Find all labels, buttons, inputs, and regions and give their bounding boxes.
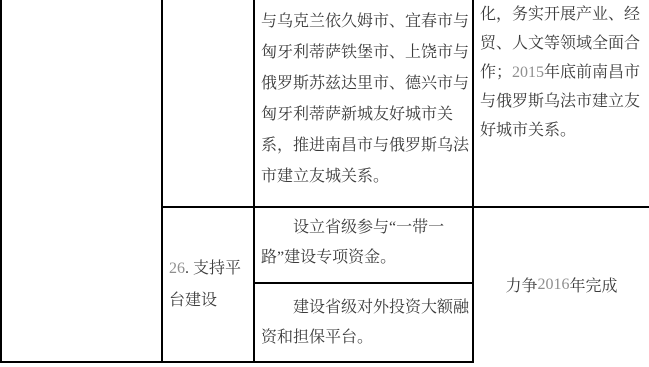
item-cell-support-platform: 26. 支持平台建设 <box>169 208 255 361</box>
target-cell-platform-deadline: 力争2016年完成 <box>474 208 649 361</box>
measures-cell-friendship-cities: 与乌克兰依久姆市、宜春市与匈牙利蒂萨铁堡市、上饶市与俄罗斯苏兹达里市、德兴市与匈… <box>261 6 475 192</box>
document-table-page: 与乌克兰依久姆市、宜春市与匈牙利蒂萨铁堡市、上饶市与俄罗斯苏兹达里市、德兴市与匈… <box>0 0 649 367</box>
table-border-bottom <box>0 361 474 363</box>
measure-cell-special-fund: 设立省级参与“一带一路”建设专项资金。 <box>261 208 473 282</box>
target-cell-friendship-cities: 化，务实开展产业、经贸、人文等领域全面合作；2015年底前南昌市与俄罗斯乌法市建… <box>480 0 646 145</box>
measure-cell-financing-platform: 建设省级对外投资大额融资和担保平台。 <box>261 284 473 361</box>
item-cell-upper-empty <box>163 0 253 206</box>
category-cell-empty <box>2 0 161 361</box>
